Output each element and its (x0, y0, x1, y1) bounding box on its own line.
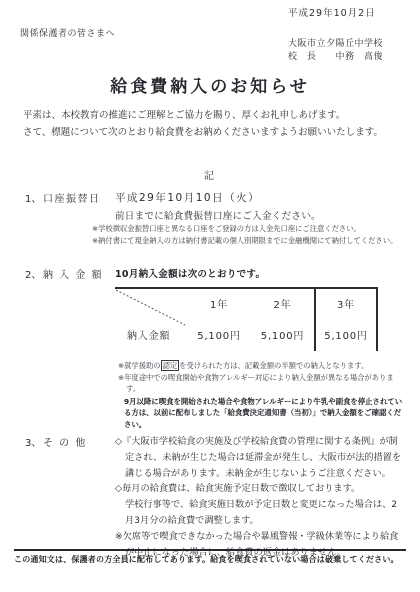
section-other: 3、 そ の 他 ◇『大阪市学校給食の実施及び学校給食費の管理に関する条例』が制… (25, 434, 404, 560)
nintei-boxed-word: 認定 (161, 360, 180, 371)
recipient-line: 関係保護者の皆さまへ (20, 26, 115, 39)
section1-note-2: ※納付書にて現金納入の方は納付書記載の個人別期限までに金融機関にて納付してくださ… (92, 235, 402, 247)
section3-heading: 3、 そ の 他 (25, 434, 115, 560)
section2-heading: 2、 納 入 金 額 (25, 266, 115, 351)
document-page: 関係保護者の皆さまへ 平成29年10月2日 大阪市立夕陽丘中学校 校 長 中務 … (0, 0, 420, 592)
section2-number: 2、 (25, 266, 43, 351)
section3-label: そ の 他 (43, 434, 87, 560)
school-name: 大阪市立夕陽丘中学校 (288, 38, 383, 50)
other-item-monthly-fee: ◇毎月の給食費は、給食実施予定日数で徴収しております。 (115, 481, 404, 497)
footer-notice: この通知文は、保護者の方全員に配布してあります。給食を喫食されていない場合は破棄… (14, 549, 406, 565)
grade1-header: 1年 (187, 289, 251, 318)
greeting-line-2: さて、標題について次のとおり給食費をお納めくださいますようお願いいたします。 (23, 125, 402, 142)
other-item-ordinance: ◇『大阪市学校給食の実施及び学校給食費の管理に関する条例』が制定され、未納が生じ… (115, 434, 404, 481)
section2-note-1: ※就学援助の認定を受けられた方は、記載金額の半額での納入となります。 (118, 360, 406, 372)
fee-table-header-row: 1年 2年 3年 (115, 289, 378, 318)
section3-body: ◇『大阪市学校給食の実施及び学校給食費の管理に関する条例』が制定され、未納が生じ… (115, 434, 404, 560)
greeting-line-1: 平素は、本校教育の推進にご理解とご協力を賜り、厚くお礼申しあげます。 (23, 108, 402, 125)
grade2-amount: 5,100円 (251, 318, 314, 351)
section1-note-1: ※学校徴収金振替口座と異なる口座をご登録の方は入金先口座にご注意ください。 (92, 223, 402, 235)
section3-number: 3、 (25, 434, 43, 560)
page-title: 給食費納入のお知らせ (0, 72, 420, 97)
grade1-amount: 5,100円 (187, 318, 251, 351)
fee-table-corner-cell (115, 289, 187, 318)
greeting-paragraph: 平素は、本校教育の推進にご理解とご協力を賜り、厚くお礼申しあげます。 さて、標題… (23, 108, 402, 141)
section2-note-3: 9月以降に喫食を開始された場合や食物アレルギーにより牛乳や副食を停止されている方… (118, 396, 406, 431)
issue-date: 平成29年10月2日 (288, 8, 383, 20)
section2-body: 10月納入金額は次のとおりです。 1年 2年 3年 納入金額 5,100円 5,… (115, 266, 404, 351)
principal-name: 校 長 中務 高俊 (288, 51, 383, 63)
amount-intro: 10月納入金額は次のとおりです。 (115, 266, 404, 280)
section1-label: 口座振替日 (43, 190, 101, 222)
section-payment-amount: 2、 納 入 金 額 10月納入金額は次のとおりです。 1年 2年 3年 納入金… (25, 266, 404, 351)
section2-label: 納 入 金 額 (43, 266, 103, 351)
section1-body: 平成29年10月10日（火） 前日までに給食費振替口座にご入金ください。 (115, 190, 404, 222)
section-account-transfer-date: 1、 口座振替日 平成29年10月10日（火） 前日までに給食費振替口座にご入金… (25, 190, 404, 222)
grade3-amount: 5,100円 (314, 318, 378, 351)
note1-prefix: ※就学援助の (118, 361, 161, 370)
fee-table: 1年 2年 3年 納入金額 5,100円 5,100円 5,100円 (115, 287, 378, 351)
section1-heading: 1、 口座振替日 (25, 190, 115, 222)
amount-row-header: 納入金額 (115, 318, 187, 351)
grade2-header: 2年 (251, 289, 314, 318)
fee-table-amount-row: 納入金額 5,100円 5,100円 5,100円 (115, 318, 378, 351)
section2-notes: ※就学援助の認定を受けられた方は、記載金額の半額での納入となります。 ※年度途中… (118, 360, 406, 430)
transfer-date: 平成29年10月10日（火） (115, 190, 404, 205)
section2-note-2: ※年度途中での喫食開始や食物アレルギー対応により納入金額が異なる場合があります。 (118, 372, 406, 395)
section1-number: 1、 (25, 190, 43, 222)
header-right-block: 平成29年10月2日 大阪市立夕陽丘中学校 校 長 中務 高俊 (288, 8, 383, 63)
other-item-adjustment: 学校行事等で、給食実施日数が予定日数と変更になった場合は、2月3月分の給食費で調… (115, 497, 404, 529)
grade3-header: 3年 (314, 289, 378, 318)
transfer-instruction: 前日までに給食費振替口座にご入金ください。 (115, 208, 404, 222)
note1-suffix: を受けられた方は、記載金額の半額での納入となります。 (179, 361, 368, 370)
section1-notes: ※学校徴収金振替口座と異なる口座をご登録の方は入金先口座にご注意ください。 ※納… (92, 223, 402, 246)
ki-marker: 記 (0, 167, 420, 182)
